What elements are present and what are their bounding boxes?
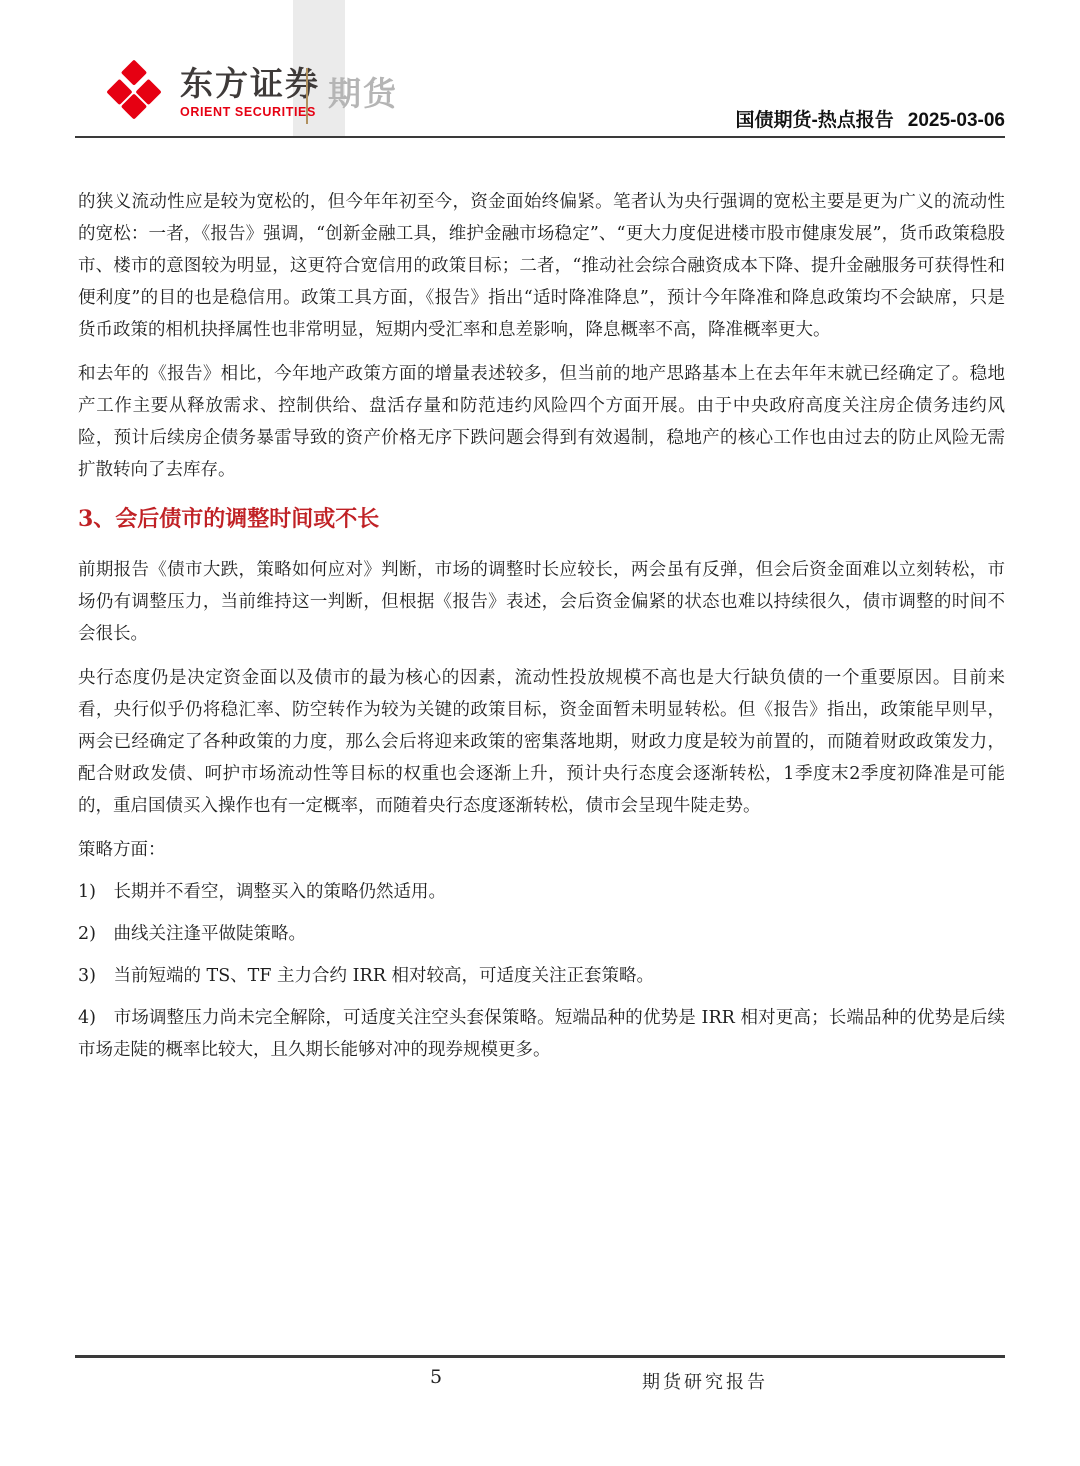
report-body: 的狭义流动性应是较为宽松的，但今年年初至今，资金面始终偏紧。笔者认为央行强调的宽… <box>78 186 1005 1076</box>
paragraph: 央行态度仍是决定资金面以及债市的最为核心的因素，流动性投放规模不高也是大行缺负债… <box>78 662 1005 822</box>
company-name-cn: 东方证券 <box>180 65 320 103</box>
report-header-title: 国债期货-热点报告2025-03-06 <box>735 105 1005 132</box>
paragraph: 的狭义流动性应是较为宽松的，但今年年初至今，资金面始终偏紧。笔者认为央行强调的宽… <box>78 186 1005 346</box>
header-rule <box>75 136 1005 138</box>
strategy-item: 2) 曲线关注逢平做陡策略。 <box>78 918 1005 950</box>
header-divider-line <box>306 68 308 124</box>
report-date: 2025-03-06 <box>908 110 1005 131</box>
company-logo-text: 东方证券 ORIENT SECURITIES <box>180 65 320 119</box>
strategy-lead: 策略方面： <box>78 834 1005 866</box>
section-heading: 3、会后债市的调整时间或不长 <box>78 504 1005 534</box>
company-logo: 东方证券 ORIENT SECURITIES <box>100 58 320 126</box>
page-number: 5 <box>430 1366 442 1388</box>
footer-label: 期货研究报告 <box>642 1368 768 1394</box>
report-page: 东方证券 ORIENT SECURITIES 期货 国债期货-热点报告2025-… <box>0 0 1080 1466</box>
division-label: 期货 <box>328 68 398 115</box>
orient-securities-diamond-icon <box>100 58 168 126</box>
report-title: 国债期货-热点报告 <box>735 110 893 131</box>
strategy-item: 3) 当前短端的 TS、TF 主力合约 IRR 相对较高，可适度关注正套策略。 <box>78 960 1005 992</box>
paragraph: 和去年的《报告》相比，今年地产政策方面的增量表述较多，但当前的地产思路基本上在去… <box>78 358 1005 486</box>
company-name-en: ORIENT SECURITIES <box>180 105 320 119</box>
strategy-item: 1) 长期并不看空，调整买入的策略仍然适用。 <box>78 876 1005 908</box>
footer-rule <box>75 1355 1005 1358</box>
paragraph: 前期报告《债市大跌，策略如何应对》判断，市场的调整时长应较长，两会虽有反弹，但会… <box>78 554 1005 650</box>
strategy-item: 4) 市场调整压力尚未完全解除，可适度关注空头套保策略。短端品种的优势是 IRR… <box>78 1002 1005 1066</box>
